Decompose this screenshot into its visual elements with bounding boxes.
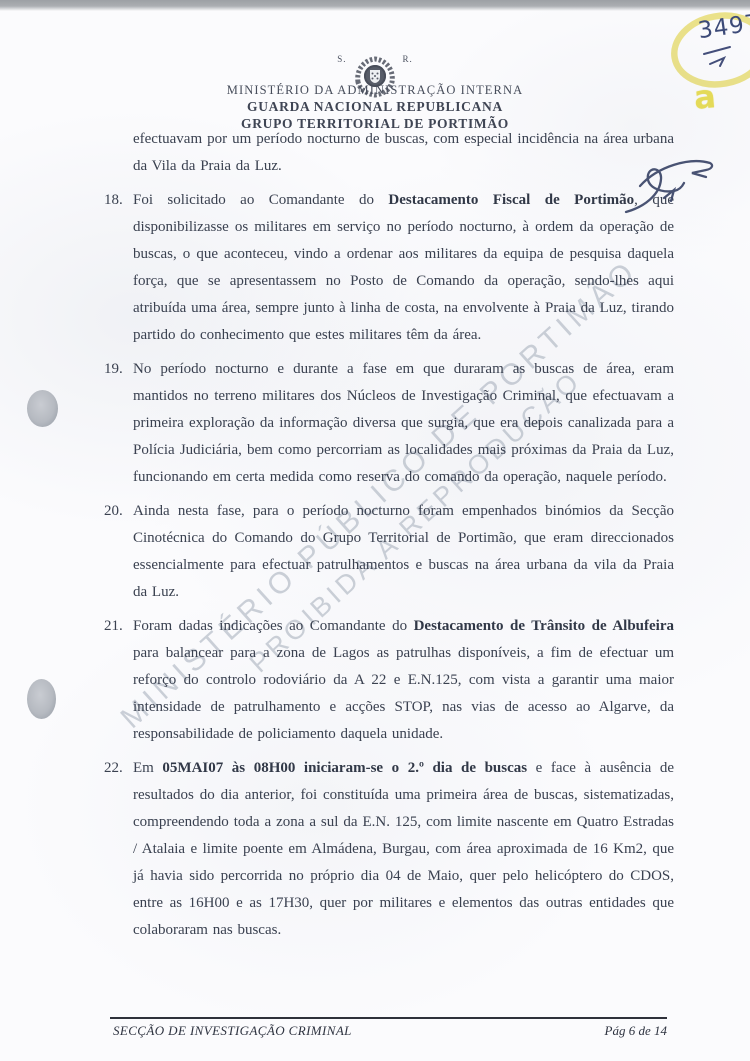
scanned-document-page: MINISTÉRIO PÚBLICO DE PORTIMÃO PROIBIDA … [0,0,750,1061]
paragraph-text: Foi solicitado ao Comandante do Destacam… [133,187,674,349]
paragraph-intro: efectuavam por um período nocturno de bu… [104,126,674,180]
paragraph-text: Em 05MAI07 às 08H00 iniciaram-se o 2.º d… [133,755,674,944]
paragraph-text: No período nocturno e durante a fase em … [133,356,674,491]
emblem-right-label: R. [403,54,413,64]
list-item-22: 22. Em 05MAI07 às 08H00 iniciaram-se o 2… [104,755,674,944]
paragraph-text: Foram dadas indicações ao Comandante do … [133,613,674,748]
handwritten-dash-marks [704,47,730,66]
footer-rule [110,1017,667,1019]
ministry-title: MINISTÉRIO DA ADMINISTRAÇÃO INTERNA [0,83,750,98]
document-body: efectuavam por um período nocturno de bu… [104,126,674,944]
emblem-row: S. R. [0,36,750,82]
item-number: 18. [104,187,133,349]
footer-page-label: Pág 6 de 14 [605,1023,667,1039]
scan-edge-top [0,0,750,11]
hole-punch-top [27,390,58,427]
list-item-18: 18. Foi solicitado ao Comandante do Dest… [104,187,674,349]
list-item-21: 21. Foram dadas indicações ao Comandante… [104,613,674,748]
handwritten-signature [612,150,747,222]
paragraph-text: Ainda nesta fase, para o período nocturn… [133,498,674,606]
hole-punch-bottom [27,679,56,719]
org-title: GUARDA NACIONAL REPUBLICANA [0,99,750,115]
emblem-left-label: S. [337,54,346,64]
item-number: 19. [104,356,133,491]
paragraph-text: efectuavam por um período nocturno de bu… [133,126,674,180]
letterhead: S. R. MINISTÉRIO DA ADMINISTRAÇÃO INTERN… [0,36,750,132]
footer-section-label: SECÇÃO DE INVESTIGAÇÃO CRIMINAL [113,1023,352,1039]
item-number: 21. [104,613,133,748]
list-item-20: 20. Ainda nesta fase, para o período noc… [104,498,674,606]
item-number: 20. [104,498,133,606]
item-number [104,126,133,180]
list-item-19: 19. No período nocturno e durante a fase… [104,356,674,491]
item-number: 22. [104,755,133,944]
handwritten-letter-a: a [692,77,717,117]
